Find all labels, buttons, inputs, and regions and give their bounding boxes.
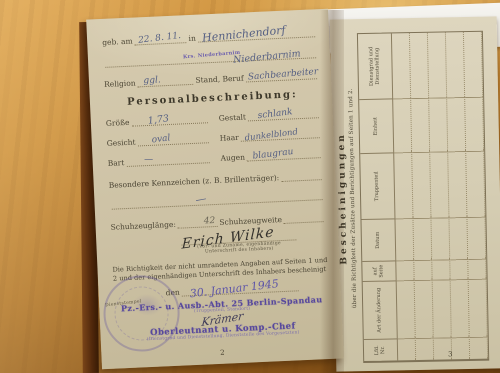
schuhzeuglaenge-label: Schuhzeuglänge: [110,220,176,231]
col-header-dienstgrad: Dienstgrad und Dienststellung [358,33,393,99]
schuhzeuglaenge-value: 42 [204,217,216,227]
table-empty-cell [450,259,468,279]
table-empty-cell [470,337,488,359]
col-header-datum: Datum [361,218,396,261]
table-empty-cell [392,33,411,98]
religion-label: Religion [104,79,136,89]
col-header-auf-seite: auf Seite [362,260,396,281]
gestalt-label: Gestalt [219,113,247,123]
table-empty-cell [466,151,485,217]
table-empty-cell [414,260,432,280]
religion-value: ggl. [143,76,161,86]
in-label: in [188,34,196,43]
page-number-3: 3 [448,350,453,358]
bescheinigungen-grid: Lfd. Nr. Art der Änderung auf Seite Datu… [357,31,489,363]
table-empty-cell [465,97,484,151]
table-empty-cell [464,32,483,97]
birthplace-value: Hennichendorf [201,24,285,43]
haar-label: Haar [220,133,239,142]
table-empty-cell [429,97,448,151]
table-empty-cell [433,279,452,337]
gesicht-value: oval [151,134,171,145]
personalbeschreibung-grid: Größe 1,73 Gestalt schlank Gesicht oval … [106,106,323,168]
religion-beruf-row: Religion ggl. Stand, Beruf Sachbearbeite… [104,67,319,89]
table-empty-cell [432,259,450,279]
date-row: den 30. Januar 1945 [165,279,300,297]
left-page: geb. am 22. 8. 11. in Hennichendorf Krs.… [86,9,344,370]
soldbuch-photo: Bescheinigungen über die Richtigkeit der… [0,0,500,373]
table-empty-cell [398,338,416,360]
table-empty-cell [397,280,416,338]
geb-am-label: geb. am [102,37,133,47]
bart-label: Bart [108,159,125,168]
col-header-art-der-aenderung: Art der Änderung [363,280,398,339]
kennzeichen-label: Besondere Kennzeichen (z. B. Brillenträg… [109,174,280,190]
haar-value: dunkelblond [244,128,298,143]
gestalt-value: schlank [257,108,293,121]
table-empty-cell [446,32,465,97]
table-empty-cell [416,338,434,360]
groesse-label: Größe [106,118,130,128]
table-empty-cell [431,217,450,259]
col-header-truppenteil: Truppenteil [360,152,395,219]
table-empty-cell [412,152,431,218]
table-empty-cell [430,151,449,217]
augen-label: Augen [220,153,245,163]
table-empty-cell [415,280,434,338]
table-empty-cell [449,217,468,259]
table-empty-cell [395,218,414,260]
table-empty-cell [467,217,486,259]
district-row: Krs. Niederbarnim Niederbarnim [103,46,318,68]
kennzeichen-value-row: — [109,188,324,210]
birth-row: geb. am 22. 8. 11. in Hennichendorf [102,25,317,47]
gesicht-label: Gesicht [107,138,136,148]
table-empty-cell [411,98,430,152]
right-page: Bescheinigungen über die Richtigkeit der… [330,16,500,371]
table-empty-cell [393,98,412,152]
bart-value: — [144,156,153,165]
col-header-einheit: Einheit [359,98,394,153]
table-empty-cell [452,337,470,359]
kennzeichen-value: — [195,193,208,206]
kennzeichen-row: Besondere Kennzeichen (z. B. Brillenträg… [108,168,323,190]
personalbeschreibung-heading: Personalbeschreibung: [105,88,320,109]
table-empty-cell [468,259,486,279]
table-empty-cell [410,33,429,98]
groesse-value: 1,73 [147,114,169,126]
augen-value: blaugrau [252,148,294,162]
district-handwritten: Niederbarnim [233,49,301,65]
stand-beruf-value: Sachbearbeiter [247,68,318,83]
birth-date-value: 22. 8. 11. [138,32,182,46]
bescheinigungen-table: Bescheinigungen über die Richtigkeit der… [335,31,491,364]
stand-beruf-label: Stand, Beruf [195,74,244,85]
table-empty-cell [448,151,467,217]
table-empty-cell [428,32,447,97]
table-empty-cell [451,279,470,337]
table-empty-cell [469,279,488,337]
holder-signature-block: Erich Wilke (Vor- und Zuname, eigenhändi… [181,227,297,255]
col-header-lfd-nr: Lfd. Nr. [364,338,398,361]
table-empty-cell [394,152,413,218]
table-empty-cell [413,218,432,260]
table-empty-cell [396,260,414,280]
table-empty-cell [447,97,466,151]
